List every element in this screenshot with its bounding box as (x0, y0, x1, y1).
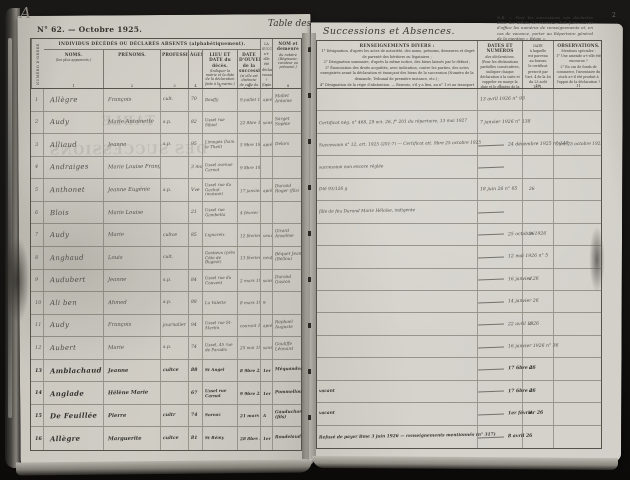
cell-notaire: Durand Gaston (273, 270, 302, 292)
cell-prenoms: Ahmed (104, 292, 161, 314)
cell-age: 67 (189, 382, 203, 404)
cell-profession: cultce (161, 224, 189, 246)
cell-observations (554, 89, 602, 110)
cell-prenoms: Hélène Marie (104, 382, 161, 404)
cell-nom: Audy (44, 112, 104, 134)
cell-nom: Allègre (44, 427, 104, 450)
cell-observations (554, 313, 602, 334)
cell-vacante: sans (261, 270, 273, 292)
cell-vacante: sans (261, 337, 273, 359)
cell-renseignements (317, 224, 478, 245)
table-row-left: 5 Anthonet Jeanne Eugénie s.p. Vve Ussel… (31, 179, 302, 202)
table-row-right: 16 janvier 1926 n° 36 (317, 336, 602, 358)
page-title-right: Successions et Absences. (323, 26, 455, 37)
header-dates-numeros-declarations: DATES ET NUMÉROS des déclarations. (Pour… (478, 41, 523, 89)
cell-lieu-deces: Bouffy (203, 89, 238, 111)
cell-lieu-deces: Gestieux (près Côte de Bugeat) (203, 247, 238, 269)
cell-order-number: 15 (31, 405, 44, 427)
cell-date-deces: 25 mai 1925 (238, 337, 261, 359)
cell-notaire: Béquet Jean (Bellou) (273, 247, 302, 269)
cell-order-number: 16 (31, 427, 44, 450)
cell-nom: Amblachaud (44, 360, 104, 382)
cell-observations (554, 358, 602, 379)
cell-order-number: 7 (31, 224, 44, 246)
header-noms: NOMS. (les plus apparents.) 1 (44, 50, 104, 89)
pen-flourish (478, 366, 504, 371)
cell-date-deces: 8 9bre 25 (238, 360, 261, 382)
header-order-number: NUMÉRO D'ORDRE (31, 39, 44, 89)
cell-prenoms: François (104, 315, 161, 337)
cell-order-number: 6 (31, 202, 44, 224)
cell-renseignements (317, 313, 478, 334)
right-table-header: RENSEIGNEMENTS DIVERS : 1° Désignation, … (317, 41, 601, 89)
cell-profession: s.p. (161, 179, 189, 201)
table-row-left: 11 Audy François journalier 94 Ussel rue… (31, 315, 302, 338)
cell-profession: cultce (161, 427, 189, 450)
pen-flourish (478, 433, 504, 438)
cell-profession: cultce (161, 360, 189, 382)
table-row-right: 13 avril 1926 n° 93 (317, 89, 602, 111)
table-row-right: 16 janvier 26 d. (317, 269, 602, 291)
cell-age: 74 (189, 337, 203, 359)
table-row-right: succession non encore réglée (317, 156, 602, 178)
cell-lieu-deces: Sornac (203, 405, 238, 427)
scanned-register-spread: TABLE DES SUCCESSIONS A N° 62. — Octobre… (0, 0, 630, 480)
cell-lieu-deces: Limoges (ham. le Theil) (203, 134, 238, 156)
right-table-rows: 13 avril 1926 n° 93 Certificat nég. n° 4… (317, 89, 601, 448)
cell-date-declaration (478, 201, 523, 222)
cell-age: 88 (189, 360, 203, 382)
cell-date-declaration: 16 janvier 26 (478, 269, 523, 290)
pen-flourish (478, 208, 504, 213)
cell-age: Vve (189, 179, 203, 201)
cell-renseignements (317, 89, 478, 110)
cell-date-declaration: 22 avril 1926 (478, 313, 523, 334)
cell-date-declaration: 17 6bre 26 (478, 358, 523, 379)
cell-vacante: neuf (261, 247, 273, 269)
page-stack-right-edge (312, 456, 618, 470)
pen-flourish (478, 253, 504, 258)
cell-notaire: Mallet Antoine (273, 89, 302, 111)
pen-flourish (478, 410, 504, 415)
cell-lieu-deces: Ussel rue Carnot (203, 382, 238, 404)
cell-renseignements: vacant (317, 403, 478, 424)
header-renseignements-divers: RENSEIGNEMENTS DIVERS : 1° Désignation, … (317, 41, 478, 89)
cell-date-declaration: 25 octobre 1926 (478, 224, 523, 245)
cell-profession: s.p. (161, 112, 189, 134)
cell-lieu-deces: Ussel, 45 rue de Paradis (203, 337, 238, 359)
cell-profession: s.p. (161, 337, 189, 359)
cell-date-deces: 12 février 1925 (238, 224, 261, 246)
cell-profession: s.p. (161, 134, 189, 156)
cell-nom: De Feuillée (44, 405, 104, 427)
cell-lieu-deces: Lignareix (203, 224, 238, 246)
cell-age: 88 (189, 292, 203, 314)
cell-notaire: Delors (273, 134, 302, 156)
cell-order-number: 8 (31, 247, 44, 269)
cell-profession: cult. (161, 247, 189, 269)
cell-vacante: après (261, 315, 273, 337)
cell-vacante (261, 157, 273, 179)
cell-vacante: après (261, 179, 273, 201)
cell-nom: Allègre (44, 89, 104, 111)
cell-renseignements: succession non encore réglée (317, 156, 478, 177)
table-row-right: 22 avril 1926 d. (317, 313, 602, 335)
cell-order-number: 2 (31, 112, 44, 134)
table-row-left: 2 Audy Marie Antoinette s.p. 82 Ussel ru… (31, 112, 302, 135)
cell-prenoms: Jeanne (104, 134, 161, 156)
table-row-right: 12 mai 1926 n° 5 (317, 246, 602, 268)
cell-date-declaration: 24 décembre 1925 n° 148 (478, 134, 523, 155)
cell-nom: Aubert (44, 337, 104, 359)
cell-date-deces: 2 mars 1925 (238, 270, 261, 292)
cell-renseignements: Certificat nég. n° 468, 29 oct. 26, f° 2… (317, 111, 478, 132)
binding-gutter (302, 33, 316, 459)
header-observations: OBSERVATIONS. Mentions spéciales : 1° Un… (554, 41, 603, 89)
cell-age: 94 (189, 315, 203, 337)
cell-order-number: 5 (31, 179, 44, 201)
pen-flourish (478, 141, 504, 146)
table-row-right: Succession n° 12, art. 1925 (201-7) — Ce… (317, 134, 602, 156)
header-date-ouverture: DATE D'OUVERTURE de la succession. (si e… (238, 50, 261, 89)
header-notaire: NOM et demeure du notaire (Régisseur, cu… (273, 39, 303, 89)
cell-date-certificat (523, 89, 554, 110)
cell-order-number: 12 (31, 337, 44, 359)
cell-order-number: 4 (31, 157, 44, 179)
cell-profession: s.p. (161, 270, 189, 292)
cell-order-number: 1 (31, 89, 44, 111)
cell-observations (554, 111, 602, 132)
cell-nom: Blois (44, 202, 104, 224)
cell-nom: Anghaud (44, 247, 104, 269)
table-row-left: 15 De Feuillée Pierre cultr 74 Sornac 21… (31, 405, 302, 428)
cell-age: 21 (189, 202, 203, 224)
cell-lieu-deces: La Valette (203, 292, 238, 314)
cell-renseignements: Succession n° 12, art. 1925 (201-7) — Ce… (317, 134, 478, 155)
cell-date-declaration: 16 janvier 1926 n° 36 (478, 336, 523, 357)
cell-nom: Ali ben (44, 292, 104, 314)
cell-notaire: Girard Anselme (273, 224, 302, 246)
cell-date-declaration (478, 156, 523, 177)
cell-date-deces: 17 janvier 1925 (238, 179, 261, 201)
cell-date-deces: 9 juillet 1925 (238, 89, 261, 111)
cell-date-deces: 5 9bre 1925 (238, 134, 261, 156)
cell-age: 81 (189, 427, 203, 450)
left-table-deceased: NUMÉRO D'ORDRE INDIVIDUS DÉCÉDÉS OU DÉCL… (30, 38, 302, 451)
cell-renseignements (317, 269, 478, 290)
cell-observations (554, 291, 602, 312)
cell-lieu-deces: Ussel rue Sibiel (203, 112, 238, 134)
cell-notaire (273, 202, 302, 224)
cell-prenoms: Marie Louise Françoise (104, 157, 161, 179)
cell-profession (161, 157, 189, 179)
cell-notaire: Gauduchon (fils) (273, 405, 302, 427)
cell-prenoms: Marguerite (104, 427, 161, 450)
table-row-right: Certificat nég. n° 468, 29 oct. 26, f° 2… (317, 111, 602, 133)
cell-observations (554, 156, 602, 177)
cell-observations (554, 403, 602, 424)
cell-date-declaration: 18 juin 26 n° 65 (478, 179, 523, 200)
cell-prenoms: Jeanne (104, 360, 161, 382)
cell-nom: Audy (44, 315, 104, 337)
cell-order-number: 3 (31, 134, 44, 156)
table-row-right: 17 6bre 26 d. (317, 358, 602, 380)
cell-prenoms: Marie Louise (104, 202, 161, 224)
cell-date-deces: 9 8bre 1925 (238, 157, 261, 179)
cell-date-certificat (523, 201, 554, 222)
cell-prenoms: Jeanne (104, 270, 161, 292)
cell-profession: s.p. (161, 292, 189, 314)
cell-notaire: Pommellou (273, 382, 302, 404)
cell-profession (161, 202, 189, 224)
cell-renseignements: vacant (317, 381, 478, 402)
cell-date-declaration: 7 janvier 1926 n° 138 (478, 111, 523, 132)
sheet-number: N° 62. — Octobre 1925. (37, 25, 142, 34)
cell-lieu-deces: Ussel rue Gambetta (203, 202, 238, 224)
cell-nom: Alliaud (44, 134, 104, 156)
cell-age: 95 (189, 134, 203, 156)
table-row-left: 16 Allègre Marguerite cultce 81 St Rémy … (31, 427, 302, 450)
page-stack-left-edge (16, 459, 312, 475)
table-row-right: vacant 1er février 26 d. (317, 403, 602, 425)
cell-lieu-deces: Ussel rue du Gachat (maison) (203, 179, 238, 201)
cell-vacante: après (261, 134, 273, 156)
handwritten-corner-letter: A (20, 4, 31, 22)
cell-age: 74 (189, 405, 203, 427)
cell-order-number: 14 (31, 382, 44, 404)
pen-flourish (478, 321, 504, 326)
cell-date-deces: courant 1925 (238, 315, 261, 337)
cell-date-declaration: 12 mai 1926 n° 5 (478, 246, 523, 267)
cell-date-deces: 28 8bre 25 (238, 427, 261, 450)
cell-order-number: 11 (31, 315, 44, 337)
table-row-left: 14 Anglade Hélène Marie 67 Ussel rue Car… (31, 382, 302, 405)
cell-age: 3 mois (189, 157, 203, 179)
cell-notaire: Durand Roger (fils) (273, 179, 302, 201)
cell-renseignements (317, 336, 478, 357)
cell-prenoms: Louis (104, 247, 161, 269)
cell-age: 82 (189, 112, 203, 134)
cell-date-declaration: 8 avril 26 (478, 426, 523, 448)
cell-vacante: après (261, 89, 273, 111)
header-ages: ÂGES. 4 (189, 50, 203, 89)
cell-nom: Audy (44, 224, 104, 246)
cell-nom: Anthonet (44, 179, 104, 201)
cell-vacante: sans (261, 112, 273, 134)
table-row-left: 13 Amblachaud Jeanne cultce 88 St Angel … (31, 360, 302, 383)
cell-lieu-deces: St Rémy (203, 427, 238, 450)
cell-vacante: 1er (261, 382, 273, 404)
table-row-right: Dté 91/126 g 18 juin 26 n° 65 26 (317, 179, 602, 201)
cell-age (189, 247, 203, 269)
table-row-left: 1 Allègre François cult. 70 Bouffy 9 jui… (31, 89, 302, 112)
pen-flourish (478, 343, 504, 348)
pen-flourish (478, 298, 504, 303)
pen-flourish (478, 231, 504, 236)
cell-notaire (273, 157, 302, 179)
cell-vacante: 9 (261, 292, 273, 314)
table-row-left: 9 Audubert Jeanne s.p. 84 Ussel rue du C… (31, 270, 302, 293)
cell-date-deces: 9 9bre 25 (238, 382, 261, 404)
cell-notaire: Gauliffe Léonard (273, 337, 302, 359)
cell-vacante: A (261, 405, 273, 427)
cell-date-declaration: 14 janvier 26 (478, 291, 523, 312)
table-row-right: fille de feu Durand Marie Héloïse, indig… (317, 201, 602, 223)
cell-notaire (273, 292, 302, 314)
cell-date-certificat: 26 (523, 179, 554, 200)
cell-date-deces: 8 mars 1925 (238, 292, 261, 314)
header-band-individus: INDIVIDUS DÉCÉDÉS OU DÉCLARÉS ABSENTS (a… (44, 39, 261, 50)
cell-renseignements: Refusé de payer Bme 3 juin 1926 — rensei… (317, 426, 478, 448)
cell-prenoms: Marie (104, 337, 161, 359)
cell-notaire: Roudelaud (273, 427, 302, 450)
table-row-left: 3 Alliaud Jeanne s.p. 95 Limoges (ham. l… (31, 134, 302, 157)
cell-observations (554, 224, 602, 245)
cell-vacante: 1er (261, 427, 273, 450)
table-row-left: 8 Anghaud Louis cult. Gestieux (près Côt… (31, 247, 302, 270)
left-table-header: NUMÉRO D'ORDRE INDIVIDUS DÉCÉDÉS OU DÉCL… (31, 39, 301, 89)
cell-lieu-deces: Ussel rue du Couvent (203, 270, 238, 292)
cell-renseignements (317, 291, 478, 312)
cell-observations (554, 336, 602, 357)
cell-profession: journalier (161, 315, 189, 337)
cell-lieu-deces: St Angel (203, 360, 238, 382)
cell-date-deces: 22 8bre 1925 (238, 112, 261, 134)
table-row-right: vacant 17 6bre 26 d. (317, 381, 602, 403)
cell-observations (554, 269, 602, 290)
cell-observations (554, 201, 602, 222)
cell-prenoms: Jeanne Eugénie (104, 179, 161, 201)
cell-date-deces: 4 février 1925 (238, 202, 261, 224)
cell-date-declaration: 17 6bre 26 (478, 381, 523, 402)
cell-renseignements: Dté 91/126 g (317, 179, 478, 200)
table-row-left: 12 Aubert Marie s.p. 74 Ussel, 45 rue de… (31, 337, 302, 360)
cell-renseignements (317, 358, 478, 379)
cell-prenoms: Marie Antoinette (104, 112, 161, 134)
cell-prenoms: Pierre (104, 405, 161, 427)
cell-profession: cultr (161, 405, 189, 427)
cell-profession: cult. (161, 89, 189, 111)
page-title-left: Table des (268, 19, 311, 29)
cell-renseignements (317, 246, 478, 267)
table-row-left: 4 Andraiges Marie Louise Françoise 3 moi… (31, 157, 302, 180)
pen-flourish (478, 388, 504, 393)
cell-order-number: 13 (31, 360, 44, 382)
printed-margin-note: N.B. — Pour les successions non déclarée… (497, 15, 593, 41)
pen-flourish (478, 276, 504, 281)
header-date-certificat: DATE à laquelle est parvenu au bureau le… (523, 41, 554, 89)
cell-vacante (261, 202, 273, 224)
cell-nom: Anglade (44, 382, 104, 404)
cell-date-declaration: 13 avril 1926 n° 93 (478, 89, 523, 110)
cell-notaire: Raphael Auguste (273, 315, 302, 337)
table-row-right: Refusé de payer Bme 3 juin 1926 — rensei… (317, 426, 602, 448)
cell-observations (554, 381, 602, 402)
cell-date-certificat (523, 156, 554, 177)
cell-date-declaration: 1er février 26 (478, 403, 523, 424)
cell-observations (554, 246, 602, 267)
header-succession-vacante: LA SUCCESSION a-t-elle été déclarée vaca… (261, 39, 273, 89)
table-row-left: 7 Audy Marie cultce 85 Lignareix 12 févr… (31, 224, 302, 247)
cell-lieu-deces: Ussel rue St-Martin (203, 315, 238, 337)
table-row-left: 10 Ali ben Ahmed s.p. 88 La Valette 8 ma… (31, 292, 302, 315)
cell-vacante: 1er (261, 360, 273, 382)
cell-prenoms: François (104, 89, 161, 111)
cell-age: 84 (189, 270, 203, 292)
cell-age: 70 (189, 89, 203, 111)
cell-notaire: Méquandeau (273, 360, 302, 382)
header-professions: PROFESSIONS. 3 (161, 50, 189, 89)
pen-flourish (478, 164, 504, 169)
cell-observations (554, 426, 602, 448)
folio-number: 2 (612, 12, 616, 19)
cell-renseignements: fille de feu Durand Marie Héloïse, indig… (317, 201, 478, 222)
cell-notaire: Sarget Sophie (273, 112, 302, 134)
cell-observations (554, 179, 602, 200)
table-row-left: 6 Blois Marie Louise 21 Ussel rue Gambet… (31, 202, 302, 225)
header-prenoms: PRÉNOMS. 2 (104, 50, 161, 89)
cell-vacante: veuve (261, 224, 273, 246)
cell-nom: Andraiges (44, 157, 104, 179)
table-row-right: 25 octobre 1926 26 (317, 224, 602, 246)
cell-order-number: 9 (31, 270, 44, 292)
cell-prenoms: Marie (104, 224, 161, 246)
cell-order-number: 10 (31, 292, 44, 314)
right-table-renseignements: RENSEIGNEMENTS DIVERS : 1° Désignation, … (316, 40, 602, 449)
header-lieu-date-deces: LIEU ET DATE du décès. (Indiquer la mair… (203, 50, 238, 89)
cell-lieu-deces: Ussel avenue Carnot (203, 157, 238, 179)
cell-age: 85 (189, 224, 203, 246)
cell-date-deces: 21 mars 25 (238, 405, 261, 427)
cell-date-deces: 13 février 1925 (238, 247, 261, 269)
cell-nom: Audubert (44, 270, 104, 292)
left-table-rows: 1 Allègre François cult. 70 Bouffy 9 jui… (31, 89, 301, 450)
cell-profession (161, 382, 189, 404)
table-row-right: 14 janvier 26 (317, 291, 602, 313)
